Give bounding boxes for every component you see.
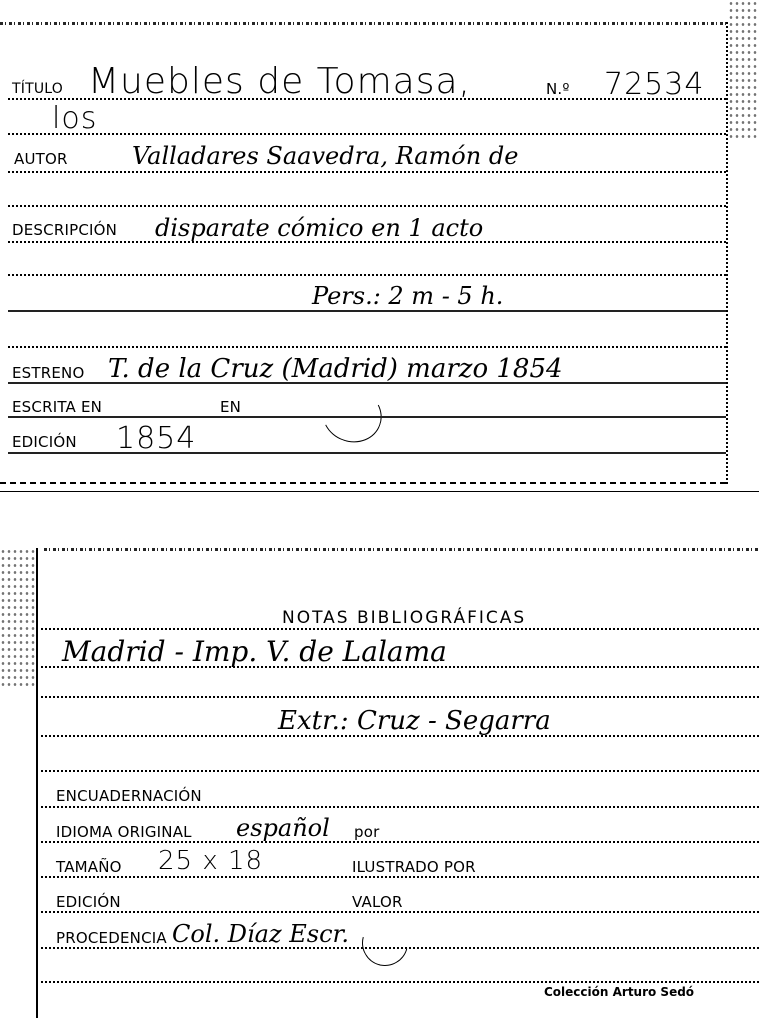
en-label: En xyxy=(220,400,241,415)
edicion-label: Edición xyxy=(12,435,77,450)
edicion-value: 1854 xyxy=(116,424,196,454)
estreno-label: Estreno xyxy=(12,366,85,381)
blank-rule-3 xyxy=(8,346,726,348)
autor-value: Valladares Saavedra, Ramón de xyxy=(132,144,518,168)
notes-line-1: Madrid - Imp. V. de Lalama xyxy=(62,638,447,666)
stamp-mark xyxy=(354,912,417,975)
edicion-valor-rule xyxy=(36,911,759,913)
tamano-label: Tamaño xyxy=(56,860,122,875)
estreno-rule xyxy=(8,382,726,384)
notas-heading: NOTAS BIBLIOGRÁFICAS xyxy=(282,608,526,628)
card-top-edge xyxy=(0,22,728,25)
blank-rule-1 xyxy=(8,205,726,207)
stamp-mark xyxy=(315,379,390,450)
valor-label: Valor xyxy=(352,895,403,910)
numero-label: N.º xyxy=(546,82,570,97)
idioma-rule xyxy=(36,841,759,843)
escrita-en-label: Escrita en xyxy=(12,400,102,415)
descripcion-rule-2 xyxy=(8,310,726,312)
back-edicion-label: Edición xyxy=(56,895,121,910)
titulo-rule-2 xyxy=(8,133,726,135)
por-label: por xyxy=(354,825,379,840)
descripcion-value: disparate cómico en 1 acto xyxy=(155,216,483,240)
procedencia-rule xyxy=(36,947,759,949)
last-rule xyxy=(36,981,759,983)
notas-rule-2 xyxy=(36,666,759,668)
encuadernacion-label: Encuadernación xyxy=(56,789,202,804)
catalog-card-back: NOTAS BIBLIOGRÁFICAS Madrid - Imp. V. de… xyxy=(36,548,759,1028)
notas-rule-5 xyxy=(36,770,759,772)
card-bottom-rule xyxy=(0,482,726,484)
titulo-rule xyxy=(8,98,726,100)
notes-line-2: Extr.: Cruz - Segarra xyxy=(278,708,551,734)
escrita-rule xyxy=(8,416,726,418)
numero-value: 72534 xyxy=(604,70,704,100)
tamano-rule xyxy=(36,876,759,878)
scan-noise xyxy=(728,0,759,140)
procedencia-value: Col. Díaz Escr. xyxy=(172,922,349,946)
autor-label: Autor xyxy=(14,152,68,167)
tamano-value: 25 x 18 xyxy=(158,848,263,874)
collection-footer: Colección Arturo Sedó xyxy=(544,985,694,999)
notas-rule-1 xyxy=(36,628,759,630)
scan-noise xyxy=(0,548,36,688)
edicion-rule xyxy=(8,452,726,454)
notas-rule-3 xyxy=(36,696,759,698)
autor-rule xyxy=(8,171,726,173)
procedencia-label: Procedencia xyxy=(56,931,167,946)
descripcion-extra: Pers.: 2 m - 5 h. xyxy=(312,284,503,308)
titulo-continuation: los xyxy=(52,104,97,134)
descripcion-label: Descripción xyxy=(12,223,117,238)
idioma-value: español xyxy=(236,816,330,840)
idioma-label: Idioma original xyxy=(56,825,192,840)
blank-rule-2 xyxy=(8,274,726,276)
card-top-edge xyxy=(44,548,759,551)
card-bottom-edge xyxy=(0,491,759,492)
ilustrado-label: Ilustrado por xyxy=(352,860,476,875)
notas-rule-4 xyxy=(36,735,759,737)
catalog-card-front: Título Muebles de Tomasa, N.º 72534 los … xyxy=(0,0,728,492)
titulo-value: Muebles de Tomasa, xyxy=(88,64,471,100)
descripcion-rule xyxy=(8,241,726,243)
estreno-value: T. de la Cruz (Madrid) marzo 1854 xyxy=(108,356,563,382)
encuadernacion-rule xyxy=(36,806,759,808)
titulo-label: Título xyxy=(12,82,63,96)
